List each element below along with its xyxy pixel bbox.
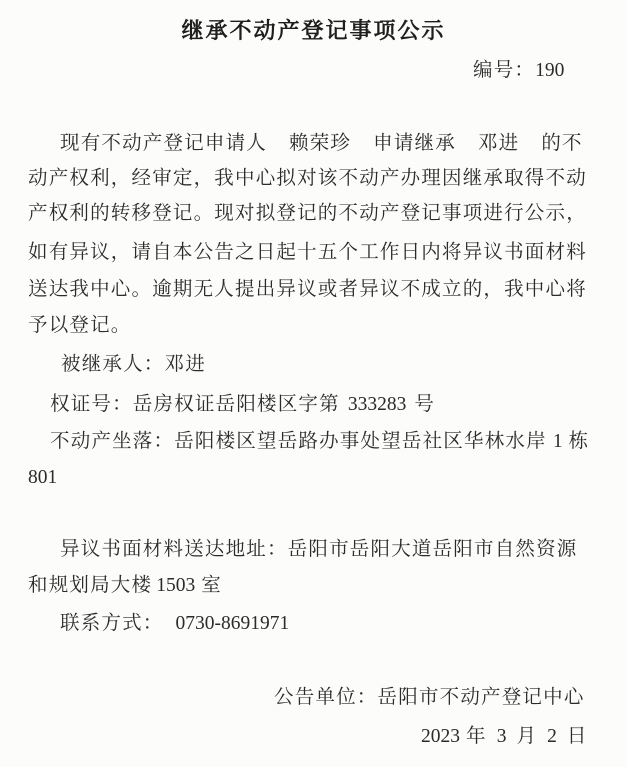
certificate-label: 权证号： bbox=[50, 392, 133, 415]
date-month-unit: 月 bbox=[516, 724, 537, 747]
certificate-number: 333283 bbox=[348, 394, 407, 415]
objection-room-suffix: 室 bbox=[201, 573, 222, 596]
applicant-name: 赖荣珍 bbox=[289, 131, 351, 154]
notice-page: 继承不动产登记事项公示 编号：190 现有不动产登记申请人赖荣珍申请继承邓进的不… bbox=[0, 0, 627, 767]
decedent-label: 被继承人： bbox=[61, 352, 165, 375]
objection-room-number: 1503 bbox=[156, 575, 195, 596]
location-building: 1 bbox=[553, 431, 563, 452]
body-line-6: 予以登记。 bbox=[28, 313, 132, 337]
issuer-row: 公告单位：岳阳市不动产登记中心 bbox=[274, 685, 585, 709]
body-line-1-prefix: 现有不动产登记申请人 bbox=[60, 131, 267, 154]
location-label: 不动产坐落： bbox=[50, 429, 174, 452]
contact-phone: 0730-8691971 bbox=[176, 613, 290, 634]
body-line-3: 产权利的转移登记。现对拟登记的不动产登记事项进行公示， bbox=[28, 201, 587, 225]
location-row: 不动产坐落：岳阳楼区望岳路办事处望岳社区华林水岸1栋 bbox=[50, 429, 589, 454]
body-line-5: 送达我中心。逾期无人提出异议或者异议不成立的，我中心将 bbox=[28, 277, 587, 301]
objection-address-label: 异议书面材料送达地址： bbox=[60, 537, 288, 560]
serial-number: 编号：190 bbox=[473, 58, 564, 83]
body-line-1-mid: 申请继承 bbox=[373, 131, 456, 154]
body-line-1-suffix: 的不 bbox=[541, 131, 582, 154]
decedent-row: 被继承人：邓进 bbox=[61, 352, 206, 376]
issuer-label: 公告单位： bbox=[274, 685, 378, 708]
location-line-1: 岳阳楼区望岳路办事处望岳社区华林水岸 bbox=[174, 429, 547, 452]
date-day: 2 bbox=[547, 726, 557, 747]
location-line-2: 801 bbox=[28, 466, 57, 490]
objection-address-row: 异议书面材料送达地址：岳阳市岳阳大道岳阳市自然资源 bbox=[60, 537, 578, 561]
objection-address-line-2-prefix: 和规划局大楼 bbox=[28, 573, 152, 596]
location-building-suffix: 栋 bbox=[569, 429, 590, 452]
body-line-4: 如有异议，请自本公告之日起十五个工作日内将异议书面材料 bbox=[28, 240, 587, 264]
certificate-row: 权证号：岳房权证岳阳楼区字第333283号 bbox=[50, 392, 435, 417]
serial-value: 190 bbox=[535, 60, 564, 81]
issue-date: 2023年3月2日 bbox=[421, 724, 588, 749]
decedent-value: 邓进 bbox=[165, 352, 206, 375]
decedent-name-inline: 邓进 bbox=[478, 131, 519, 154]
contact-label: 联系方式： bbox=[60, 611, 164, 634]
body-line-2: 动产权利，经审定，我中心拟对该不动产办理因继承取得不动 bbox=[28, 166, 587, 190]
issuer-value: 岳阳市不动产登记中心 bbox=[378, 685, 585, 708]
date-year-unit: 年 bbox=[466, 724, 487, 747]
serial-label: 编号： bbox=[473, 58, 535, 81]
date-day-unit: 日 bbox=[567, 724, 588, 747]
date-month: 3 bbox=[497, 726, 507, 747]
document-title: 继承不动产登记事项公示 bbox=[0, 14, 627, 45]
contact-row: 联系方式：0730-8691971 bbox=[60, 611, 289, 636]
body-line-1: 现有不动产登记申请人赖荣珍申请继承邓进的不 bbox=[60, 131, 583, 155]
certificate-prefix: 岳房权证岳阳楼区字第 bbox=[133, 392, 340, 415]
certificate-suffix: 号 bbox=[414, 392, 435, 415]
objection-address-line-2: 和规划局大楼1503室 bbox=[28, 573, 222, 598]
date-year: 2023 bbox=[421, 726, 460, 747]
objection-address-line-1: 岳阳市岳阳大道岳阳市自然资源 bbox=[288, 537, 578, 560]
